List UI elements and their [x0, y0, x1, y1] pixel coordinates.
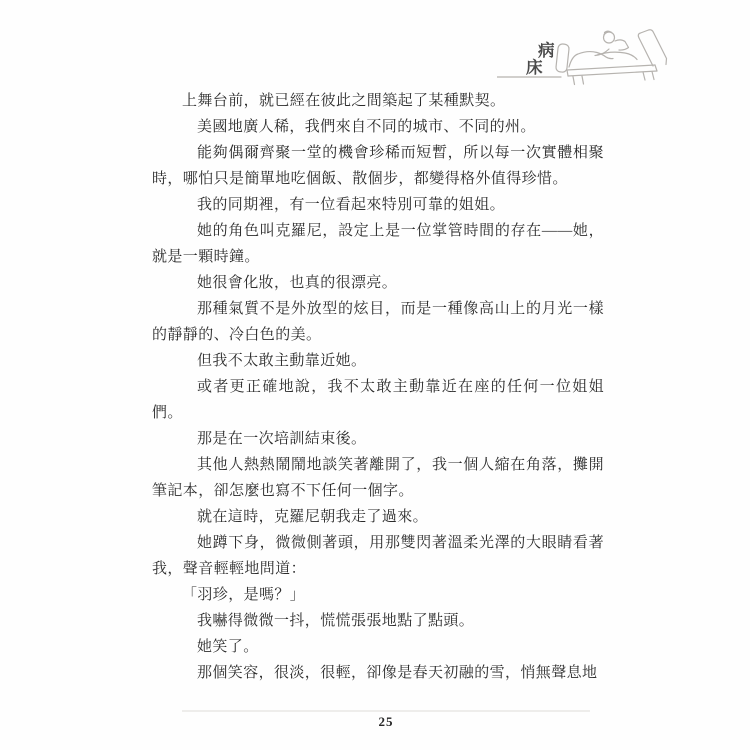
paragraph: 我的同期裡，有一位看起來特別可靠的姐姐。 — [152, 192, 604, 218]
sickbed-logo: 病 床 — [497, 24, 677, 92]
paragraph: 能夠偶爾齊聚一堂的機會珍稀而短暫，所以每一次實體相聚時，哪怕只是簡單地吃個飯、散… — [152, 140, 604, 192]
paragraph: 那個笑容，很淡，很輕，卻像是春天初融的雪，悄無聲息地 — [152, 660, 604, 686]
logo-title-top: 病 — [537, 40, 555, 60]
paragraph: 我嚇得微微一抖，慌慌張張地點了點頭。 — [152, 608, 604, 634]
paragraph: 上舞台前，就已經在彼此之間築起了某種默契。 — [152, 88, 604, 114]
paragraph: 但我不太敢主動靠近她。 — [152, 348, 604, 374]
book-page: 病 床 上舞台前，就已經在彼此之間築起了某種默契。 美國地廣人稀，我們來自不同的… — [0, 0, 750, 750]
page-number: 25 — [182, 714, 590, 730]
paragraph-dialogue: 「羽珍，是嗎？」 — [152, 582, 604, 608]
footer-rule — [182, 710, 590, 712]
paragraph: 或者更正確地說，我不太敢主動靠近在座的任何一位姐姐們。 — [152, 374, 604, 426]
paragraph: 她很會化妝，也真的很漂亮。 — [152, 270, 604, 296]
paragraph: 她的角色叫克羅尼，設定上是一位掌管時間的存在——她，就是一顆時鐘。 — [152, 218, 604, 270]
text-block: 上舞台前，就已經在彼此之間築起了某種默契。 美國地廣人稀，我們來自不同的城市、不… — [152, 88, 604, 686]
paragraph: 其他人熱熱鬧鬧地談笑著離開了，我一個人縮在角落，攤開筆記本，卻怎麼也寫不下任何一… — [152, 452, 604, 504]
paragraph: 她蹲下身，微微側著頭，用那雙閃著溫柔光澤的大眼睛看著我，聲音輕輕地問道： — [152, 530, 604, 582]
sickbed-illustration: 病 床 — [497, 24, 677, 92]
paragraph: 就在這時，克羅尼朝我走了過來。 — [152, 504, 604, 530]
paragraph: 那是在一次培訓結束後。 — [152, 426, 604, 452]
paragraph: 美國地廣人稀，我們來自不同的城市、不同的州。 — [152, 114, 604, 140]
logo-title-bottom: 床 — [526, 57, 543, 77]
paragraph: 她笑了。 — [152, 634, 604, 660]
paragraph: 那種氣質不是外放型的炫目，而是一種像高山上的月光一樣的靜靜的、冷白色的美。 — [152, 296, 604, 348]
